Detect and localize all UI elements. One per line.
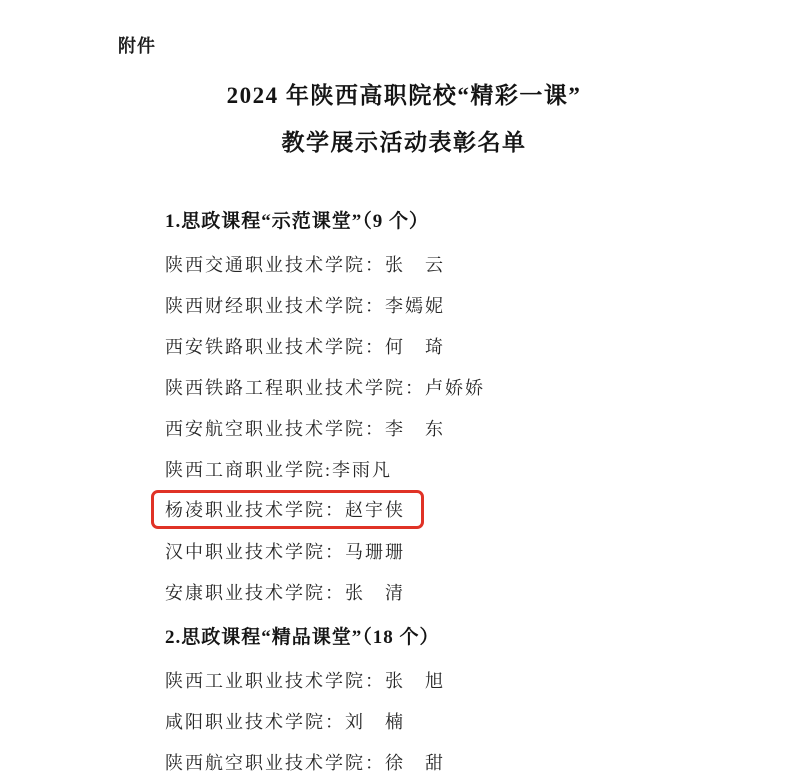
list-item: 陕西财经职业技术学院：李嫣妮	[165, 284, 725, 325]
list-item: 陕西交通职业技术学院：张 云	[165, 243, 725, 284]
document-title-line2: 教学展示活动表彰名单	[14, 119, 794, 166]
list-item-text: 西安航空职业技术学院：李 东	[165, 415, 445, 441]
list-item-text: 陕西交通职业技术学院：张 云	[165, 251, 445, 277]
list-item-text: 汉中职业技术学院：马珊珊	[165, 538, 405, 564]
list-item-highlighted: 杨凌职业技术学院：赵宇侠	[165, 489, 725, 530]
list-item: 西安铁路职业技术学院：何 琦	[165, 325, 725, 366]
document-page: 附件 2024 年陕西高职院校“精彩一课” 教学展示活动表彰名单 1.思政课程“…	[0, 0, 794, 781]
list-item: 陕西工业职业技术学院：张 旭	[165, 659, 725, 700]
list-item-text: 陕西财经职业技术学院：李嫣妮	[165, 292, 445, 318]
document-title: 2024 年陕西高职院校“精彩一课” 教学展示活动表彰名单	[14, 72, 794, 166]
list-item-text: 陕西铁路工程职业技术学院：卢娇娇	[165, 374, 485, 400]
list-item-text: 陕西航空职业技术学院：徐 甜	[165, 749, 445, 775]
document-body: 1.思政课程“示范课堂”（9 个） 陕西交通职业技术学院：张 云 陕西财经职业技…	[165, 196, 725, 781]
attachment-label: 附件	[118, 32, 156, 58]
section-2-heading: 2.思政课程“精品课堂”（18 个）	[165, 612, 725, 659]
section-1-heading: 1.思政课程“示范课堂”（9 个）	[165, 196, 725, 243]
list-item-text: 安康职业技术学院：张 清	[165, 579, 405, 605]
list-item: 陕西工商职业学院:李雨凡	[165, 448, 725, 489]
list-item-text: 陕西工业职业技术学院：张 旭	[165, 667, 445, 693]
list-item: 咸阳职业技术学院：刘 楠	[165, 700, 725, 741]
list-item: 西安航空职业技术学院：李 东	[165, 407, 725, 448]
list-item: 陕西航空职业技术学院：徐 甜	[165, 741, 725, 781]
list-item: 汉中职业技术学院：马珊珊	[165, 530, 725, 571]
list-item: 安康职业技术学院：张 清	[165, 571, 725, 612]
list-item-text: 陕西工商职业学院:李雨凡	[165, 456, 392, 482]
list-item-text: 杨凌职业技术学院：赵宇侠	[165, 500, 405, 520]
list-item: 陕西铁路工程职业技术学院：卢娇娇	[165, 366, 725, 407]
document-title-line1: 2024 年陕西高职院校“精彩一课”	[14, 72, 794, 119]
list-item-text: 咸阳职业技术学院：刘 楠	[165, 708, 405, 734]
red-highlight-box: 杨凌职业技术学院：赵宇侠	[151, 490, 424, 529]
list-item-text: 西安铁路职业技术学院：何 琦	[165, 333, 445, 359]
